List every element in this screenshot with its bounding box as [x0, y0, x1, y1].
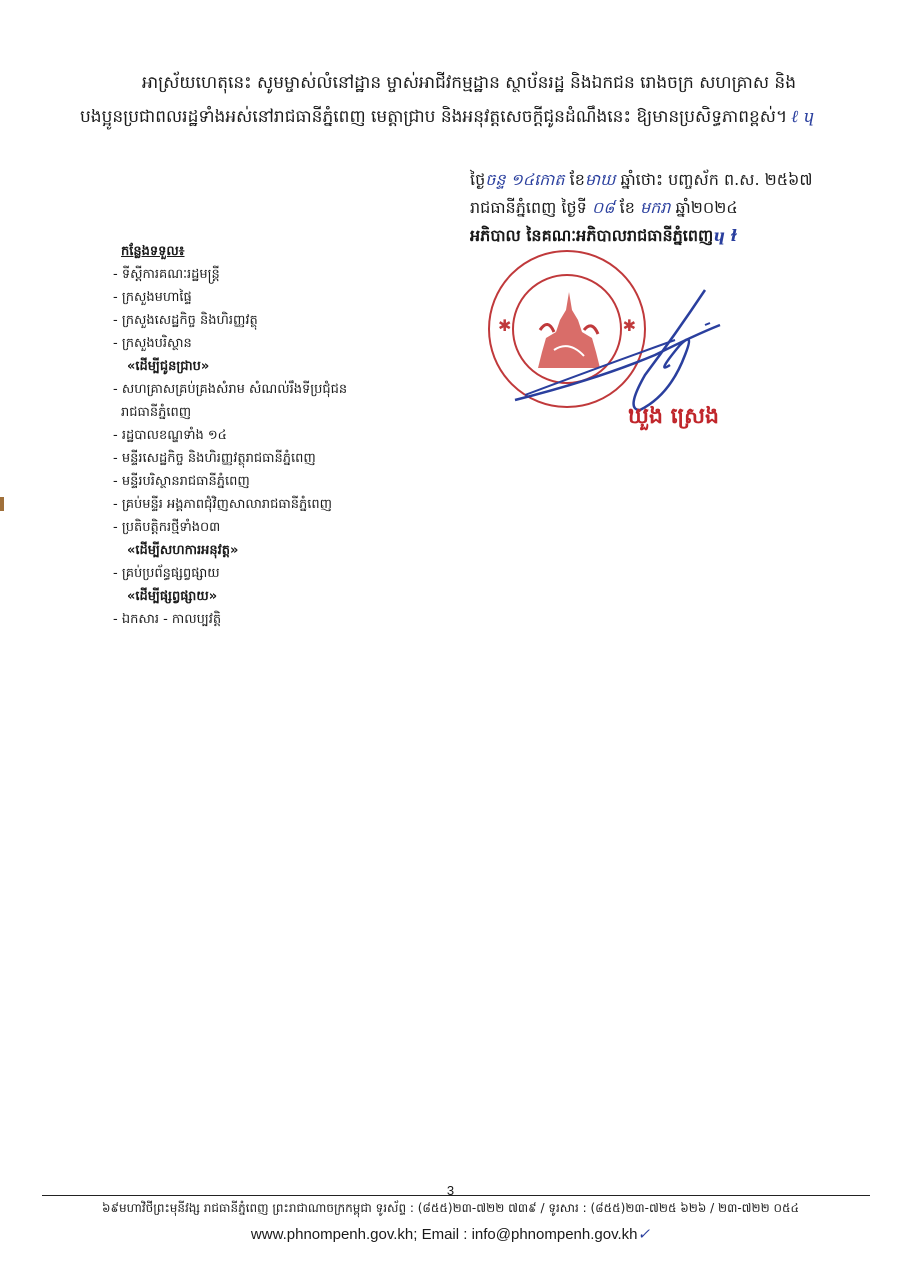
lunar-year: ឆ្នាំថោះ បញ្ចស័ក ព.ស. ២៥៦៧ — [620, 170, 812, 189]
recipients-purpose-note: «ដើម្បីជូនជ្រាប» — [113, 355, 347, 378]
recipient-item: - គ្រប់ប្រព័ន្ធផ្សព្វផ្សាយ — [113, 562, 347, 585]
lunar-prefix: ថ្ងៃ — [470, 170, 485, 189]
recipient-item: - សហគ្រាសគ្រប់គ្រងសំរាម សំណល់រឹងទីប្រជុំ… — [113, 378, 347, 401]
day-handwritten: ០៨ — [592, 198, 615, 217]
footer-contact: www.phnompenh.gov.kh; Email : info@phnom… — [0, 1225, 901, 1243]
recipient-item: - គ្រប់មន្ទីរ អង្គភាពជុំវិញសាលារាជធានីភ្… — [113, 493, 347, 516]
recipient-item: - មន្ទីរសេដ្ឋកិច្ច និងហិរញ្ញវត្ថុរាជធានី… — [113, 447, 347, 470]
edge-mark — [0, 497, 4, 511]
signer-title-text: អភិបាល នៃគណៈអភិបាលរាជធានីភ្នំពេញ — [470, 226, 713, 245]
signature-icon — [505, 285, 735, 420]
signer-title: អភិបាល នៃគណៈអភិបាលរាជធានីភ្នំពេញɥ ɫ — [470, 222, 890, 250]
signer-title-initial: ɥ ɫ — [713, 226, 737, 245]
footer-address: ៦៩មហាវិថីព្រះមុនីវង្ស រាជធានីភ្នំពេញ ព្រ… — [0, 1200, 901, 1218]
place-date-prefix: រាជធានីភ្នំពេញ ថ្ងៃទី — [470, 198, 587, 217]
recipient-item: - ក្រសួងមហាផ្ទៃ — [113, 286, 347, 309]
recipient-item: រាជធានីភ្នំពេញ — [113, 401, 347, 424]
recipient-item: - ឯកសារ - កាលប្បវត្តិ — [113, 608, 347, 631]
paragraph-line-1: អាស្រ័យហេតុនេះ សូមម្ចាស់លំនៅដ្ឋាន ម្ចាស់… — [80, 66, 880, 100]
recipients-items: - ទីស្តីការគណៈរដ្ឋមន្ត្រី- ក្រសួងមហាផ្ទៃ… — [113, 263, 347, 631]
recipient-item: - ប្រតិបត្តិករថ្មីទាំង០៣ — [113, 516, 347, 539]
recipient-item: - ក្រសួងសេដ្ឋកិច្ច និងហិរញ្ញវត្ថុ — [113, 309, 347, 332]
check-mark-icon: ✓ — [637, 1226, 650, 1243]
recipients-purpose-note: «ដើម្បីសហការអនុវត្ត» — [113, 539, 347, 562]
recipient-item: - រដ្ឋបាលខណ្ឌទាំង ១៤ — [113, 424, 347, 447]
recipients-heading: កន្លែងទទួល៖ — [113, 240, 347, 263]
recipients-list: កន្លែងទទួល៖ - ទីស្តីការគណៈរដ្ឋមន្ត្រី- ក… — [113, 240, 347, 631]
body-paragraph: អាស្រ័យហេតុនេះ សូមម្ចាស់លំនៅដ្ឋាន ម្ចាស់… — [80, 66, 880, 134]
lunar-date: ថ្ងៃចន្ទ ១៤កោត ខែមាឃ ឆ្នាំថោះ បញ្ចស័ក ព.… — [470, 166, 890, 194]
month-handwritten: មករា — [640, 198, 670, 217]
date-block: ថ្ងៃចន្ទ ១៤កោត ខែមាឃ ឆ្នាំថោះ បញ្ចស័ក ព.… — [470, 166, 890, 250]
year: ឆ្នាំ២០២៤ — [676, 198, 738, 217]
lunar-month-handwritten: មាឃ — [585, 170, 615, 189]
paragraph-line-2-text: បងប្អូនប្រជាពលរដ្ឋទាំងអស់នៅរាជធានីភ្នំពេ… — [80, 107, 787, 127]
signatory-name: ឃួង ស្រេង — [628, 402, 719, 434]
paragraph-line-2: បងប្អូនប្រជាពលរដ្ឋទាំងអស់នៅរាជធានីភ្នំពេ… — [80, 100, 880, 134]
place-date: រាជធានីភ្នំពេញ ថ្ងៃទី ០៨ ខែ មករា ឆ្នាំ២០… — [470, 194, 890, 222]
recipients-purpose-note: «ដើម្បីផ្សព្វផ្សាយ» — [113, 585, 347, 608]
footer-web-email: www.phnompenh.gov.kh; Email : info@phnom… — [251, 1226, 638, 1243]
recipient-item: - ទីស្តីការគណៈរដ្ឋមន្ត្រី — [113, 263, 347, 286]
handwritten-initial: ℓ ɥ — [791, 107, 814, 127]
recipient-item: - មន្ទីរបរិស្ថានរាជធានីភ្នំពេញ — [113, 470, 347, 493]
footer-divider — [42, 1195, 870, 1196]
recipient-item: - ក្រសួងបរិស្ថាន — [113, 332, 347, 355]
lunar-month-label: ខែ — [570, 170, 585, 189]
month-label: ខែ — [620, 198, 635, 217]
lunar-day-handwritten: ចន្ទ ១៤កោត — [485, 170, 564, 189]
